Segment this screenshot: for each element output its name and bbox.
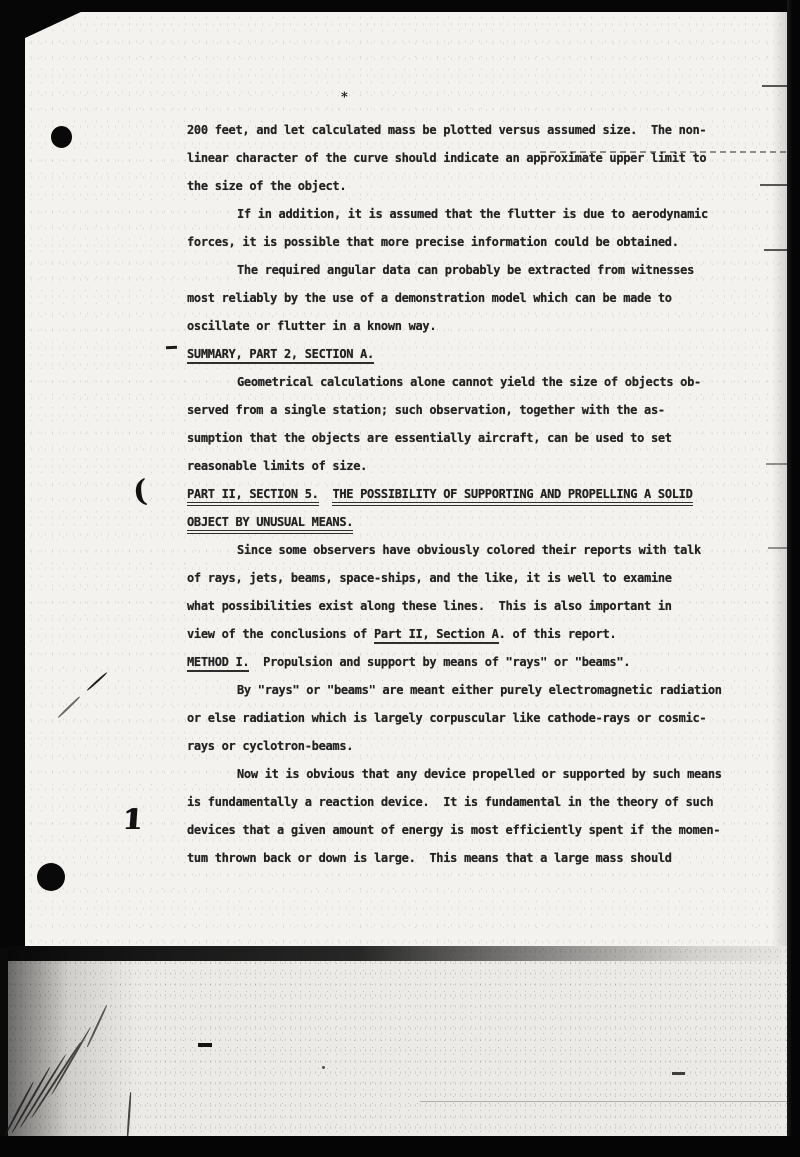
text-line: reasonable limits of size.: [187, 452, 762, 480]
edge-tick: [760, 184, 790, 186]
faint-scan-line: [420, 1101, 788, 1102]
hole-punch-bottom: [37, 863, 65, 891]
text-line: By "rays" or "beams" are meant either pu…: [187, 676, 762, 704]
text-line: most reliably by the use of a demonstrat…: [187, 284, 762, 312]
text-line: view of the conclusions of Part II, Sect…: [187, 620, 762, 648]
text-line: what possibilities exist along these lin…: [187, 592, 762, 620]
typewritten-text: 200 feet, and let calculated mass be plo…: [187, 116, 762, 872]
scan-speck: [198, 1043, 212, 1047]
asterisk-mark: *: [341, 90, 348, 105]
text-line: served from a single station; such obser…: [187, 396, 762, 424]
handwritten-numeral: 1: [122, 803, 144, 836]
scan-speck: [672, 1072, 685, 1075]
text-line: forces, it is possible that more precise…: [187, 228, 762, 256]
text-line: devices that a given amount of energy is…: [187, 816, 762, 844]
scan-border-bottom: [0, 1136, 800, 1157]
hole-punch-top: [51, 126, 72, 148]
scan-border-top: [0, 0, 800, 12]
text-line: sumption that the objects are essentiall…: [187, 424, 762, 452]
text-line: the size of the object.: [187, 172, 762, 200]
text-line: Geometrical calculations alone cannot yi…: [187, 368, 762, 396]
text-line: Since some observers have obviously colo…: [187, 536, 762, 564]
paper-corner-cut: [25, 11, 83, 38]
pen-dash-mark: [166, 346, 177, 350]
text-line: The required angular data can probably b…: [187, 256, 762, 284]
text-line: rays or cyclotron-beams.: [187, 732, 762, 760]
text-line: 200 feet, and let calculated mass be plo…: [187, 116, 762, 144]
scan-border-left: [0, 0, 25, 948]
text-line: of rays, jets, beams, space-ships, and t…: [187, 564, 762, 592]
text-line: tum thrown back or down is large. This m…: [187, 844, 762, 872]
text-line: linear character of the curve should ind…: [187, 144, 762, 172]
text-line: is fundamentally a reaction device. It i…: [187, 788, 762, 816]
scan-speck: [322, 1066, 325, 1069]
text-line: METHOD I. Propulsion and support by mean…: [187, 648, 762, 676]
scanned-report-page: { "page": { "kind": "scanned typewritten…: [0, 0, 800, 1157]
text-line: or else radiation which is largely corpu…: [187, 704, 762, 732]
crease-line: [540, 151, 790, 153]
paper-edge-shadow: [8, 946, 788, 961]
text-line: PART II, SECTION 5. THE POSSIBILITY OF S…: [187, 480, 762, 508]
text-line: OBJECT BY UNUSUAL MEANS.: [187, 508, 762, 536]
text-line: oscillate or flutter in a known way.: [187, 312, 762, 340]
text-line: SUMMARY, PART 2, SECTION A.: [187, 340, 762, 368]
scan-border-right: [787, 0, 800, 1157]
pen-paren-mark: (: [132, 473, 149, 509]
edge-tick: [762, 85, 790, 87]
text-line: If in addition, it is assumed that the f…: [187, 200, 762, 228]
text-line: Now it is obvious that any device propel…: [187, 760, 762, 788]
scan-background-strip: [8, 946, 790, 1138]
